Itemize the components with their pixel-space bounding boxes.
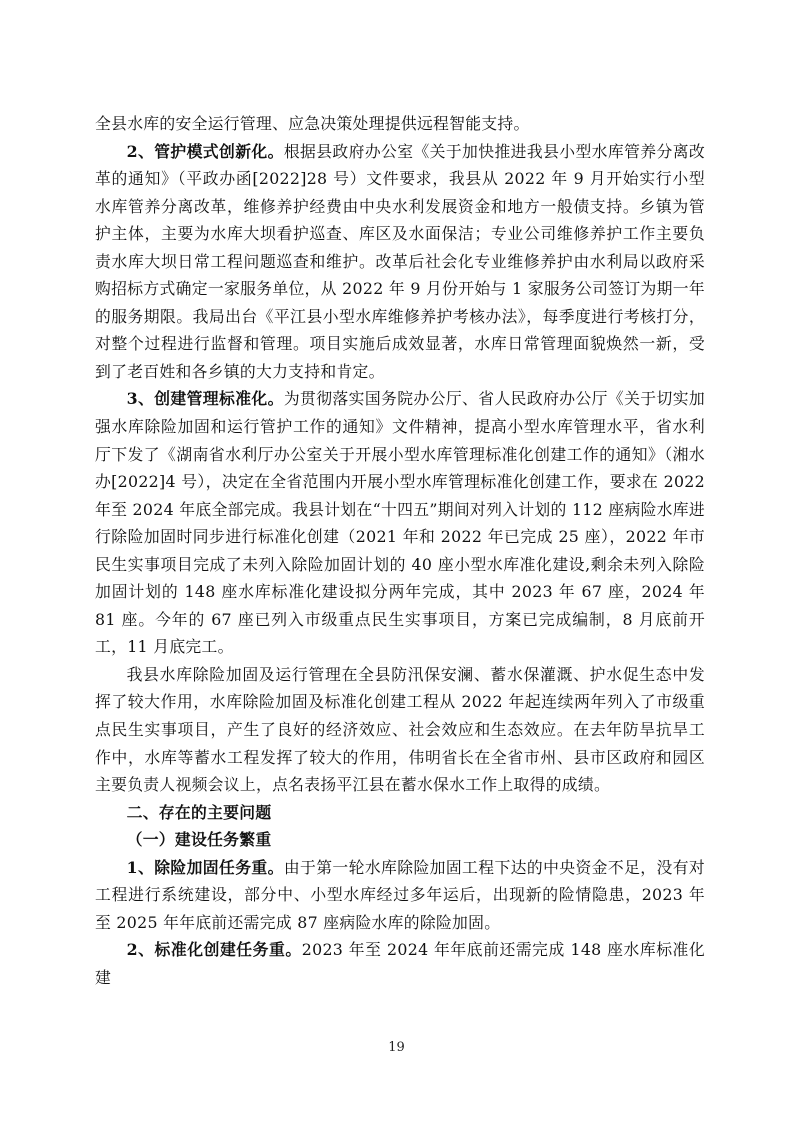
bold-lead-text: 二、存在的主要问题 <box>127 803 272 822</box>
body-text: 全县水库的安全运行管理、应急决策处理提供远程智能支持。 <box>95 114 530 133</box>
body-text: 我县水库除险加固及运行管理在全县防汛保安澜、蓄水保灌溉、护水促生态中发挥了较大作… <box>95 665 705 794</box>
document-page: 全县水库的安全运行管理、应急决策处理提供远程智能支持。2、管护模式创新化。根据县… <box>0 0 793 1122</box>
page-number: 19 <box>0 1040 793 1055</box>
bold-lead-text: （一）建设任务繁重 <box>127 830 272 849</box>
paragraph: 我县水库除险加固及运行管理在全县防汛保安澜、蓄水保灌溉、护水促生态中发挥了较大作… <box>95 661 705 799</box>
section-heading: 二、存在的主要问题 <box>95 799 705 827</box>
document-content: 全县水库的安全运行管理、应急决策处理提供远程智能支持。2、管护模式创新化。根据县… <box>95 110 705 992</box>
body-text: 为贯彻落实国务院办公厅、省人民政府办公厅《关于切实加强水库除险加固和运行管护工作… <box>95 389 705 656</box>
paragraph: 全县水库的安全运行管理、应急决策处理提供远程智能支持。 <box>95 110 705 138</box>
bold-lead-text: 2、管护模式创新化。 <box>127 142 284 161</box>
bold-lead-text: 1、除险加固任务重。 <box>127 858 284 877</box>
section-heading: （一）建设任务繁重 <box>95 826 705 854</box>
bold-lead-text: 2、标准化创建任务重。 <box>127 940 302 959</box>
paragraph: 2、管护模式创新化。根据县政府办公室《关于加快推进我县小型水库管养分离改革的通知… <box>95 138 705 386</box>
bold-lead-text: 3、创建管理标准化。 <box>127 389 284 408</box>
body-text: 根据县政府办公室《关于加快推进我县小型水库管养分离改革的通知》（平政办函[202… <box>95 142 705 381</box>
paragraph: 3、创建管理标准化。为贯彻落实国务院办公厅、省人民政府办公厅《关于切实加强水库除… <box>95 385 705 660</box>
paragraph: 2、标准化创建任务重。2023 年至 2024 年年底前还需完成 148 座水库… <box>95 936 705 991</box>
paragraph: 1、除险加固任务重。由于第一轮水库除险加固工程下达的中央资金不足，没有对工程进行… <box>95 854 705 937</box>
